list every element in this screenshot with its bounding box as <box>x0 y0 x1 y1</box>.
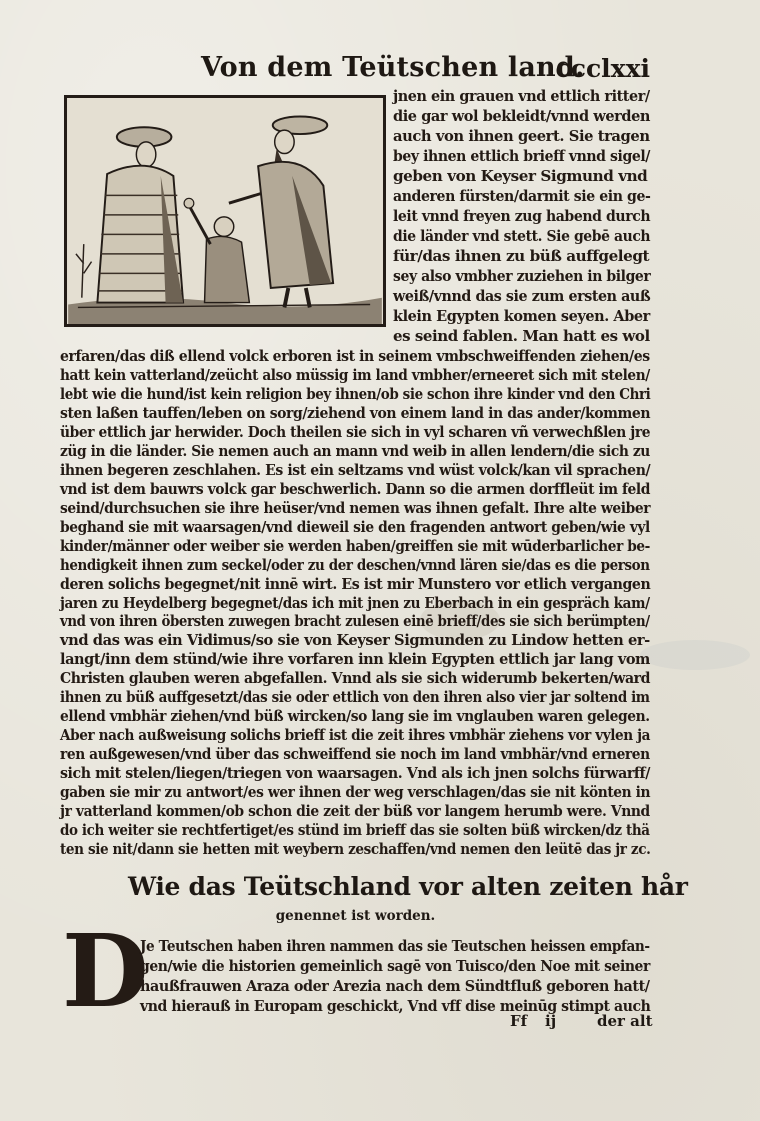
text-line: ellend vmbhär ziehen/vnd büß wircken/so … <box>60 706 650 726</box>
text-line: jnen ein grauen vnd ettlich ritter/ <box>393 86 650 106</box>
text-line: die länder vnd stett. Sie gebē auch <box>393 226 650 246</box>
text-line: über ettlich jar herwider. Doch theilen … <box>60 422 650 442</box>
text-line: ten sie nit/dann sie hetten mit weybern … <box>60 839 650 859</box>
text-line: beghand sie mit waarsagen/vnd dieweil si… <box>60 517 650 537</box>
text-line: Je Teutschen haben ihren nammen das sie … <box>140 936 650 956</box>
text-line: es seind fablen. Man hatt es wol <box>393 326 650 346</box>
text-line: kinder/männer oder weiber sie werden hab… <box>60 536 650 556</box>
text-line: vnd ist dem bauwrs volck gar beschwerlic… <box>60 479 650 499</box>
text-line: lebt wie die hund/ist kein religion bey … <box>60 384 650 404</box>
book-page: Von dem Teütschen land. ccclxxi <box>0 0 760 1121</box>
text-line: jr vatterland kommen/ob schon die zeit d… <box>60 801 650 821</box>
text-line: erfaren/das diß ellend volck erboren ist… <box>60 346 650 366</box>
text-line: vnd das was ein Vidimus/so sie von Keyse… <box>60 630 650 650</box>
text-line: langt/inn dem stünd/wie ihre vorfaren in… <box>60 649 650 669</box>
text-line: sich mit stelen/liegen/triegen von waars… <box>60 763 650 783</box>
text-line: sey also vmbher zuziehen in bilger <box>393 266 650 286</box>
text-line: Aber nach außweisung solichs brieff ist … <box>60 725 650 745</box>
text-line: klein Egypten komen seyen. Aber <box>393 306 650 326</box>
text-line: seind/durchsuchen sie ihre heüser/vnd ne… <box>60 498 650 518</box>
running-head: Von dem Teütschen land. ccclxxi <box>195 50 650 90</box>
text-line: leit vnnd freyen zug habend durch <box>393 206 650 226</box>
text-line: sten laßen tauffen/leben on sorg/ziehend… <box>60 403 650 423</box>
text-line: anderen fürsten/darmit sie ein ge- <box>393 186 650 206</box>
text-line: ren außgewesen/vnd über das schweiffend … <box>60 744 650 764</box>
text-line: gaben sie mir zu antwort/es wer ihnen de… <box>60 782 650 802</box>
decorated-initial: D <box>60 935 138 1025</box>
text-line: hatt kein vatterland/zeücht also müssig … <box>60 365 650 385</box>
text-line: hendigkeit ihnen zum seckel/oder zu der … <box>60 555 650 575</box>
catchword: der alt <box>597 1012 653 1030</box>
woodcut-illustration <box>64 95 386 327</box>
text-line: Christen glauben weren abgefallen. Vnnd … <box>60 668 650 688</box>
section-subheading: genennet ist worden. <box>128 908 583 924</box>
text-line: ihnen begeren zeschlahen. Es ist ein sel… <box>60 460 650 480</box>
text-line: do ich weiter sie rechtfertiget/es stünd… <box>60 820 650 840</box>
text-line: bey ihnen ettlich brieff vnnd sigel/ <box>393 146 650 166</box>
section-heading: Wie das Teütschland vor alten zeiten hår <box>128 872 583 901</box>
paper-stain <box>640 640 750 670</box>
text-line: gen/wie die historien gemeinlich sagē vo… <box>140 956 650 976</box>
text-line: für/das ihnen zu büß auffgelegt <box>393 246 649 266</box>
text-line: haußfrauwen Araza oder Arezia nach dem S… <box>140 976 650 996</box>
text-line: züg in die länder. Sie nemen auch an man… <box>60 441 650 461</box>
text-line: vnd hierauß in Europam geschickt, Vnd vf… <box>140 996 650 1016</box>
signature-mark: Ff <box>510 1012 527 1030</box>
woodcut-figures-icon <box>67 98 383 324</box>
signature-number: ij <box>545 1012 556 1030</box>
text-line: weiß/vnnd das sie zum ersten auß <box>393 286 650 306</box>
text-line: geben von Keyser Sigmund vnd <box>393 166 647 186</box>
text-line: ihnen zu büß auffgesetzt/das sie oder et… <box>60 687 650 707</box>
text-line: auch von ihnen geert. Sie tragen <box>393 126 650 146</box>
text-line: vnd von ihren öbersten zuwegen bracht zu… <box>60 611 650 631</box>
folio-number: ccclxxi <box>556 54 650 83</box>
text-line: deren solichs begegnet/nit innē wirt. Es… <box>60 574 650 594</box>
text-line: die gar wol bekleidt/vnnd werden <box>393 106 650 126</box>
text-line: jaren zu Heydelberg begegnet/das ich mit… <box>60 593 650 613</box>
running-title: Von dem Teütschen land. <box>201 52 585 83</box>
initial-letter: D <box>62 921 149 1021</box>
